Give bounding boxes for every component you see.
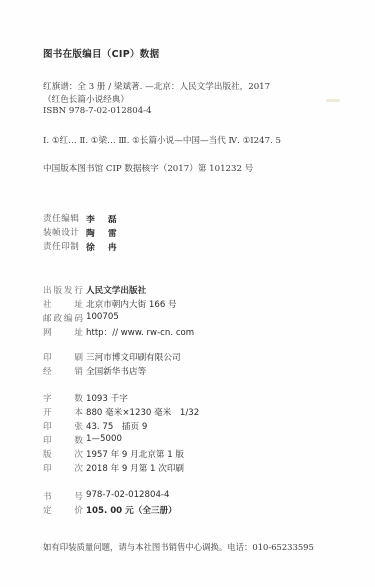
- paper-smudge: [326, 99, 340, 102]
- copyright-page: 图书在版编目（CIP）数据 红旗谱：全 3 册 / 梁斌著. —北京：人民文学出…: [0, 0, 375, 587]
- value-price: 105. 00 元（全三册）: [86, 504, 177, 516]
- label-book-number: 书号: [43, 490, 83, 502]
- staff-value-printing: 徐 冉: [86, 240, 122, 253]
- label-format: 开本: [43, 406, 83, 418]
- value-address: 北京市朝内大街 166 号: [86, 298, 177, 310]
- label-edition: 版次: [43, 448, 83, 460]
- staff-value-editor: 李 磊: [86, 212, 122, 225]
- value-print-run: 1—5000: [86, 434, 122, 444]
- label-publisher: 出版发行: [43, 284, 83, 296]
- value-impression: 2018 年 9 月第 1 次印刷: [86, 462, 184, 474]
- cip-classification: Ⅰ. ①红… Ⅱ. ①梁… Ⅲ. ①长篇小说—中国—当代 Ⅳ. ①I247. 5: [43, 134, 281, 146]
- label-impression: 印次: [43, 462, 83, 474]
- value-format: 880 毫米×1230 毫米 1/32: [86, 406, 199, 418]
- value-sheets: 43. 75 插页 9: [86, 420, 147, 432]
- cip-isbn-line: ISBN 978-7-02-012804-4: [43, 106, 152, 116]
- cip-entry-line-2: （红色长篇小说经典）: [43, 93, 129, 105]
- label-website: 网址: [43, 326, 83, 338]
- value-book-number: 978-7-02-012804-4: [86, 490, 169, 500]
- label-word-count: 字数: [43, 392, 83, 404]
- cip-title: 图书在版编目（CIP）数据: [43, 46, 159, 60]
- value-printer: 三河市博文印刷有限公司: [86, 351, 181, 363]
- staff-label-editor: 责任编辑: [43, 212, 79, 224]
- label-printer: 印刷: [43, 351, 83, 363]
- cip-entry-line-1: 红旗谱：全 3 册 / 梁斌著. —北京：人民文学出版社，2017: [43, 80, 270, 92]
- label-price: 定价: [43, 504, 83, 516]
- value-distributor: 全国新华书店等: [86, 365, 146, 377]
- label-sheets: 印张: [43, 420, 83, 432]
- label-postcode: 邮政编码: [43, 312, 83, 324]
- label-print-run: 印数: [43, 434, 83, 446]
- staff-label-printing: 责任印制: [43, 240, 79, 252]
- quality-notice: 如有印装质量问题，请与本社图书销售中心调换。电话：010-65233595: [43, 541, 314, 553]
- value-word-count: 1093 千字: [86, 392, 128, 404]
- staff-value-designer: 陶 雷: [86, 226, 122, 239]
- value-edition: 1957 年 9 月北京第 1 版: [86, 448, 184, 460]
- value-publisher: 人民文学出版社: [86, 284, 146, 296]
- staff-label-designer: 装帧设计: [43, 226, 79, 238]
- label-address: 社址: [43, 298, 83, 310]
- value-postcode: 100705: [86, 312, 119, 322]
- label-distributor: 经销: [43, 365, 83, 377]
- value-website[interactable]: http：// www. rw-cn. com: [86, 326, 194, 338]
- cip-record-number: 中国版本图书馆 CIP 数据核字（2017）第 101232 号: [43, 162, 253, 174]
